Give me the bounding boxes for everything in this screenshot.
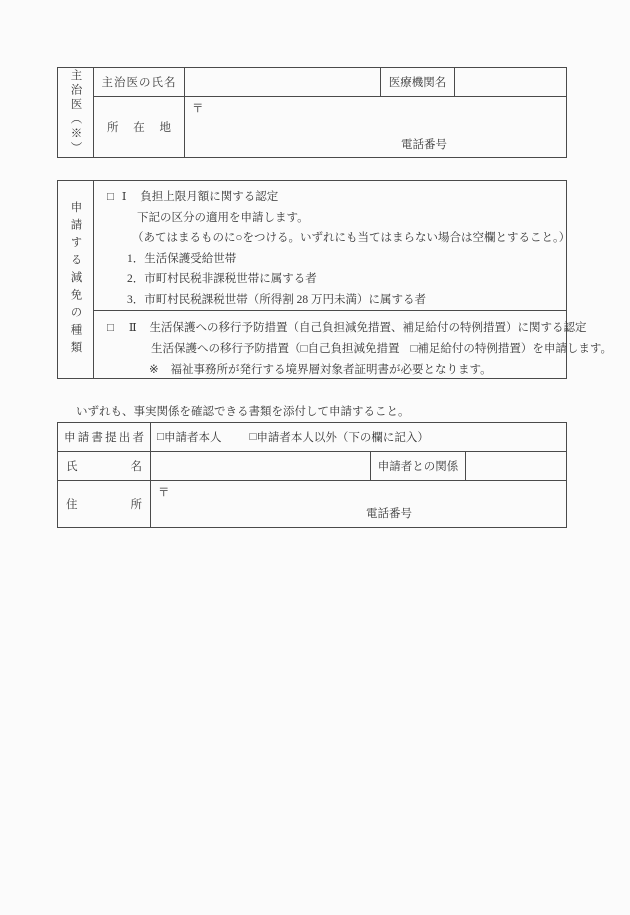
doctor-phone-label: 電話番号 <box>401 136 447 152</box>
doctor-table: 主治医（※） 主治医の氏名 医療機関名 所在地 〒 電話番号 <box>57 67 567 158</box>
doctor-name-label: 主治医の氏名 <box>94 68 185 96</box>
category-i-numeral: Ⅰ <box>122 191 127 203</box>
category-i-line2: 下記の区分の適用を申請します。 <box>94 208 566 229</box>
doctor-name-value-cell <box>185 68 381 96</box>
form-page: 主治医（※） 主治医の氏名 医療機関名 所在地 〒 電話番号 申請する減免の種類 <box>0 0 630 915</box>
submitter-self-label: 申請者本人 <box>164 429 222 445</box>
submitter-label-cell: 申請書提出者 <box>58 423 151 451</box>
category-i-title: 負担上限月額に関する認定 <box>140 191 278 203</box>
category-ii-option1-label: 自己負担減免措置 <box>307 343 399 355</box>
category-ii-apply-prefix: 生活保護への移行予防措置（ <box>151 343 301 355</box>
category-i-line3: （あてはまるものに○をつける。いずれにも当てはまらない場合は空欄とすること。） <box>94 228 566 249</box>
category-i-item-2: 2．市町村民税非課税世帯に属する者 <box>94 269 566 290</box>
category-ii-checkbox[interactable]: □ <box>107 318 114 339</box>
relation-value-cell <box>466 452 566 480</box>
submitter-label: 申請書提出者 <box>58 429 150 445</box>
category-ii-title: 生活保護への移行予防措置（自己負担減免措置、補足給付の特例措置）に関する認定 <box>150 322 587 334</box>
applicant-address-label: 住所 <box>58 496 150 512</box>
doctor-address-value-cell: 〒 電話番号 <box>185 97 566 157</box>
category-ii-apply-line: 生活保護への移行予防措置（□自己負担減免措置□補足給付の特例措置）を申請します。 <box>94 339 566 360</box>
attachment-instruction: いずれも、事実関係を確認できる書類を添付して申請すること。 <box>76 403 410 419</box>
applicant-address-label-cell: 住所 <box>58 481 151 527</box>
category-ii-note-mark: ※ <box>149 364 159 376</box>
submitter-other-label: 申請者本人以外（下の欄に記入） <box>256 429 429 445</box>
applicant-table: 申請書提出者 □ 申請者本人 □ 申請者本人以外（下の欄に記入） 氏名 申請者と… <box>57 422 567 528</box>
category-ii-option2-label: 補足給付の特例措置 <box>417 343 521 355</box>
applicant-name-label: 氏名 <box>58 458 150 474</box>
exemption-table: 申請する減免の種類 □ Ⅰ 負担上限月額に関する認定 下記の区分の適用を申請しま… <box>57 180 567 379</box>
applicant-phone-label: 電話番号 <box>366 505 412 521</box>
applicant-postal-mark: 〒 <box>158 484 170 500</box>
category-ii-apply-suffix: ）を申請します。 <box>521 343 612 355</box>
category-ii-section: □ Ⅱ 生活保護への移行予防措置（自己負担減免措置、補足給付の特例措置）に関する… <box>94 311 566 381</box>
doctor-address-label-cell: 所在地 <box>94 97 185 157</box>
doctor-postal-mark: 〒 <box>192 100 204 116</box>
submitter-options-cell: □ 申請者本人 □ 申請者本人以外（下の欄に記入） <box>151 423 566 451</box>
relation-label: 申請者との関係 <box>371 452 466 480</box>
category-ii-note: 福祉事務所が発行する境界層対象者証明書が必要となります。 <box>171 364 492 376</box>
category-i-item-1: 1．生活保護受給世帯 <box>94 249 566 270</box>
category-i-item-3: 3．市町村民税課税世帯（所得割 28 万円未満）に属する者 <box>94 290 566 311</box>
applicant-name-value-cell <box>151 452 371 480</box>
medical-institution-label: 医療機関名 <box>381 68 455 96</box>
submitter-self-checkbox[interactable]: □ <box>157 431 164 443</box>
category-ii-title-line: □ Ⅱ 生活保護への移行予防措置（自己負担減免措置、補足給付の特例措置）に関する… <box>94 318 566 339</box>
submitter-other-checkbox[interactable]: □ <box>249 431 256 443</box>
medical-institution-value-cell <box>455 68 566 96</box>
category-i-checkbox[interactable]: □ <box>107 187 114 208</box>
applicant-name-label-cell: 氏名 <box>58 452 151 480</box>
doctor-side-label: 主治医（※） <box>58 68 94 157</box>
category-ii-note-line: ※ 福祉事務所が発行する境界層対象者証明書が必要となります。 <box>94 360 566 381</box>
category-ii-numeral: Ⅱ <box>129 322 137 334</box>
exemption-side-label: 申請する減免の種類 <box>58 181 94 378</box>
category-i-title-line: □ Ⅰ 負担上限月額に関する認定 <box>94 187 566 208</box>
doctor-address-label: 所在地 <box>94 119 184 135</box>
category-i-section: □ Ⅰ 負担上限月額に関する認定 下記の区分の適用を申請します。 （あてはまるも… <box>94 181 566 311</box>
applicant-address-value-cell: 〒 電話番号 <box>151 481 566 527</box>
